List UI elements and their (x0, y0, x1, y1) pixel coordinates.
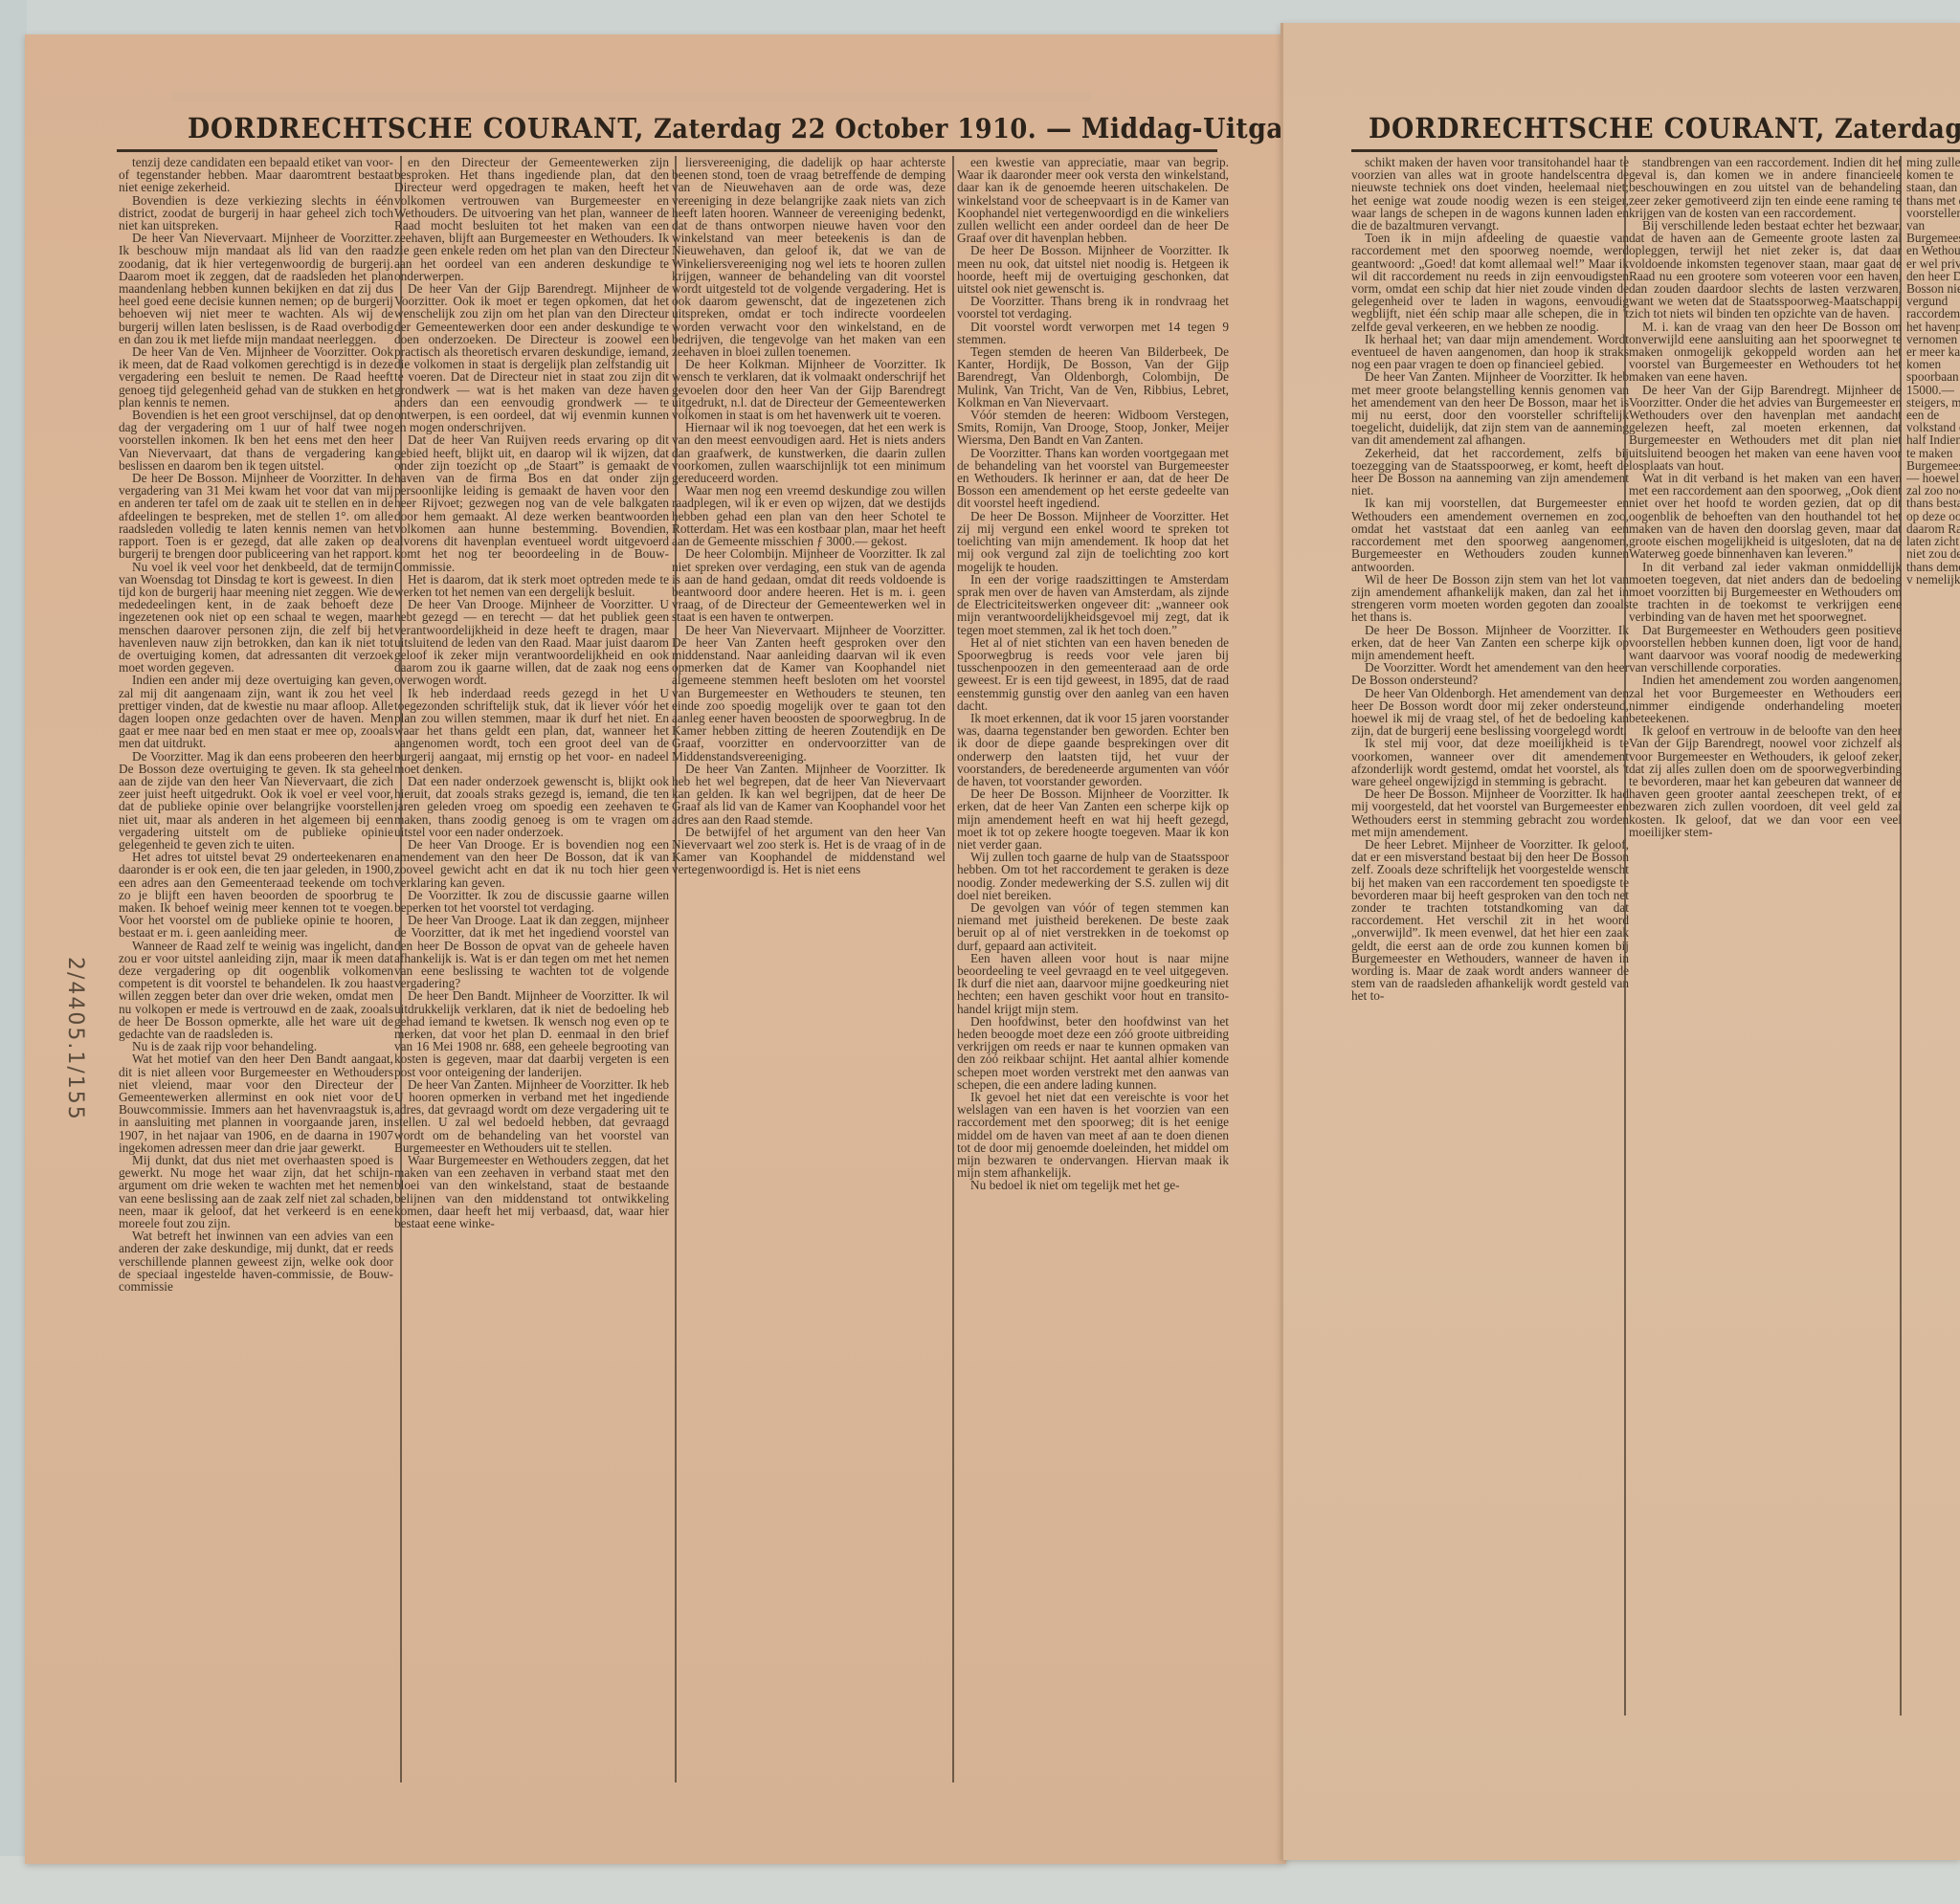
paragraph: Wat betreft het inwinnen van een advies … (119, 1229, 393, 1293)
paragraph: De heer De Bosson. Mijnheer de Voorzitte… (957, 787, 1229, 851)
handwritten-archive-number: 2/4405.1/155 (63, 957, 87, 1121)
paragraph: Wat in dit verband is het maken van een … (1629, 472, 1902, 560)
paragraph: De heer Van Zanten. Mijnheer de Voorzitt… (672, 763, 946, 826)
masthead-rule (1351, 149, 1960, 152)
paragraph: Het al of niet stichten van een haven be… (957, 636, 1229, 712)
paragraph: Waar men nog een vreemd deskundige zou w… (672, 484, 946, 547)
paragraph: Wat het motief van den heer Den Bandt aa… (119, 1052, 393, 1154)
paragraph: De heer Van Droogе. Laat ik dan zeggen, … (394, 914, 669, 989)
column-rule (1624, 156, 1626, 1716)
paragraph: Mij dunkt, dat dus niet met overhaasten … (119, 1154, 393, 1229)
paragraph: De heer Van Droogе. Mijnheer de Voorzitt… (394, 598, 669, 686)
paragraph: Vóór stemden de heeren: Widboom Verstege… (957, 409, 1229, 447)
paragraph: Tegen stemden de heeren Van Bilderbeek, … (957, 345, 1229, 409)
paragraph: Wil de heer De Bosson zijn stem van het … (1351, 573, 1629, 624)
paragraph: De heer De Bosson. Mijnheer de Voorzitte… (1351, 787, 1629, 838)
paragraph: Ik kan mij voorstellen, dat Burgemeester… (1351, 497, 1629, 572)
paragraph: Zekerheid, dat het raccordement, zelfs b… (1351, 447, 1629, 498)
masthead-date: Zaterdag 22 October 1910. (654, 113, 1036, 144)
masthead-rule (117, 149, 1217, 152)
paragraph: Wanneer de Raad zelf te weinig was ingel… (119, 940, 393, 1041)
paragraph: De Voorzitter. Thans kan worden voortgeg… (957, 447, 1229, 510)
paragraph: De heer De Bosson. Mijnheer de Voorzitte… (957, 244, 1229, 295)
paragraph: De heer Van Oldenborgh. Het amendement v… (1351, 687, 1629, 738)
column-rule (952, 156, 954, 1782)
paragraph: De Voorzitter. Wordt het amendement van … (1351, 661, 1629, 686)
paragraph: Hiernaar wil ik nog toevoegen, dat het e… (672, 421, 946, 484)
paragraph: Bovendien is het een groot verschijnsel,… (119, 409, 393, 472)
paragraph: Ik gevoel het niet dat een vereischte is… (957, 1091, 1229, 1179)
right-page-column-1: schikt maken der haven voor transitohand… (1351, 156, 1629, 1802)
paragraph: In dit verband zal ieder vakman onmiddel… (1629, 561, 1902, 624)
paragraph: De heer De Bosson. Mijnheer de Voorzitte… (1351, 624, 1629, 662)
paragraph: Indien een ander mij deze overtuiging ka… (119, 674, 393, 749)
paragraph: Ik stel mij voor, dat deze moeilijkheid … (1351, 737, 1629, 787)
page-fold-edge (1281, 23, 1283, 1860)
paragraph: Dat een nader onderzoek gewenscht is, bl… (394, 775, 669, 838)
paragraph: De Voorzitter. Mag ik dan eens probeeren… (119, 750, 393, 852)
paragraph: Wij zullen toch gaarne de hulp van de St… (957, 851, 1229, 901)
paragraph: Dat de heer Van Ruijven reeds ervaring o… (394, 433, 669, 572)
paragraph: Den hoofdwinst, beter den hoofdwinst van… (957, 1015, 1229, 1091)
paragraph: De heer Van der Gijp Barendregt. Mijnhee… (1629, 384, 1902, 472)
left-page-column-3: liersvereeniging, die dadelijk op haar a… (672, 156, 946, 1802)
left-page-column-2: en den Directeur der Gemeentewerken zijn… (394, 156, 669, 1802)
paragraph: Ik herhaal het; van daar mijn amendement… (1351, 333, 1629, 371)
right-page-column-3-cropped: ming zullen komen te staan, dan thans me… (1906, 156, 1960, 1802)
paragraph: liersvereeniging, die dadelijk op haar a… (672, 156, 946, 358)
masthead-date: Zaterdag 22 (1835, 113, 1960, 144)
right-masthead: DORDRECHTSCHE COURANT, Zaterdag 22 (1369, 112, 1960, 144)
paragraph: De heer Van de Ven. Mijnheer de Voorzitt… (119, 345, 393, 409)
paragraph: De heer Van Zanten. Mijnheer de Voorzitt… (394, 1078, 669, 1154)
paragraph: In een der vorige raadszittingen te Amst… (957, 573, 1229, 636)
paragraph: Nu voel ik veel voor het denkbeeld, dat … (119, 561, 393, 675)
paragraph: Ik geloof en vertrouw in de beloofte van… (1629, 724, 1902, 838)
paragraph: De heer Colombijn. Mijnheer de Voorzitte… (672, 547, 946, 623)
paragraph: De betwijfel of het argument van den hee… (672, 826, 946, 876)
paragraph: De heer Van der Gijp Barendregt. Mijnhee… (394, 282, 669, 433)
paragraph: De heer De Bosson. Mijnheer de Voorzitte… (957, 510, 1229, 573)
masthead-paper-name: DORDRECHTSCHE COURANT, (188, 112, 644, 144)
paragraph: De heer Kolkman. Mijnheer de Voorzitter.… (672, 358, 946, 421)
left-masthead: DORDRECHTSCHE COURANT, Zaterdag 22 Octob… (188, 112, 1325, 144)
paragraph: Het is daarom, dat ik sterk moet optrede… (394, 573, 669, 598)
paragraph: De heer Lebret. Mijnheer de Voorzitter. … (1351, 838, 1629, 1003)
paragraph: De heer Van Nievervaart. Mijnheer de Voo… (672, 624, 946, 763)
paragraph: De heer Den Bandt. Mijnheer de Voorzitte… (394, 989, 669, 1077)
paragraph: ming zullen komen te staan, dan thans me… (1906, 156, 1960, 586)
paragraph: Nu bedoel ik niet om tegelijk met het ge… (957, 1179, 1229, 1191)
paragraph: schikt maken der haven voor transitohand… (1351, 156, 1629, 232)
paragraph: De heer Van Zanten. Mijnheer de Voorzitt… (1351, 370, 1629, 446)
paragraph: Bij verschillende leden bestaat echter h… (1629, 219, 1902, 321)
paragraph: De heer Van Nievervaart. Mijnheer de Voo… (119, 232, 393, 345)
paragraph: Een haven alleen voor hout is naar mijne… (957, 952, 1229, 1015)
right-page-column-2: standbrengen van een raccordement. Indie… (1629, 156, 1902, 1802)
paragraph: standbrengen van een raccordement. Indie… (1629, 156, 1902, 219)
column-rule (1900, 156, 1902, 1716)
left-page-column-4: een kwestie van appreciatie, maar van be… (957, 156, 1229, 1802)
paragraph: M. i. kan de vraag van den heer De Bosso… (1629, 321, 1902, 384)
paragraph: De heer Van Droogе. Er is bovendien nog … (394, 838, 669, 889)
paragraph: De Voorzitter. Thans breng ik in rondvra… (957, 295, 1229, 320)
paragraph: Indien het amendement zou worden aangeno… (1629, 674, 1902, 724)
paragraph: Ik heb inderdaad reeds gezegd in het U t… (394, 687, 669, 775)
paragraph: De heer De Bosson. Mijnheer de Voorzitte… (119, 472, 393, 560)
paragraph: Waar Burgemeester en Wethouders zeggen, … (394, 1154, 669, 1229)
paragraph: De Voorzitter. Ik zou de discussie gaarn… (394, 889, 669, 914)
paragraph: Toen ik in mijn afdeeling de quaestie va… (1351, 232, 1629, 333)
scanner-background-left (0, 0, 27, 1904)
bleed-through-text (172, 92, 1091, 101)
paragraph: tenzij deze candidaten een bepaald etike… (119, 156, 393, 194)
paragraph: Dat Burgemeester en Wethouders geen posi… (1629, 624, 1902, 675)
paragraph: Het adres tot uitstel bevat 29 onderteek… (119, 851, 393, 939)
masthead-separator: — (1046, 112, 1072, 144)
paragraph: De gevolgen van vóór of tegen stemmen ka… (957, 901, 1229, 952)
paragraph: en den Directeur der Gemeentewerken zijn… (394, 156, 669, 282)
left-page-column-1: tenzij deze candidaten een bepaald etike… (119, 156, 393, 1802)
masthead-paper-name: DORDRECHTSCHE COURANT, (1369, 112, 1825, 144)
paragraph: Bovendien is deze verkiezing slechts in … (119, 194, 393, 232)
paragraph: Dit voorstel wordt verworpen met 14 tege… (957, 321, 1229, 345)
paragraph: een kwestie van appreciatie, maar van be… (957, 156, 1229, 244)
paragraph: Ik moet erkennen, dat ik voor 15 jaren v… (957, 712, 1229, 787)
